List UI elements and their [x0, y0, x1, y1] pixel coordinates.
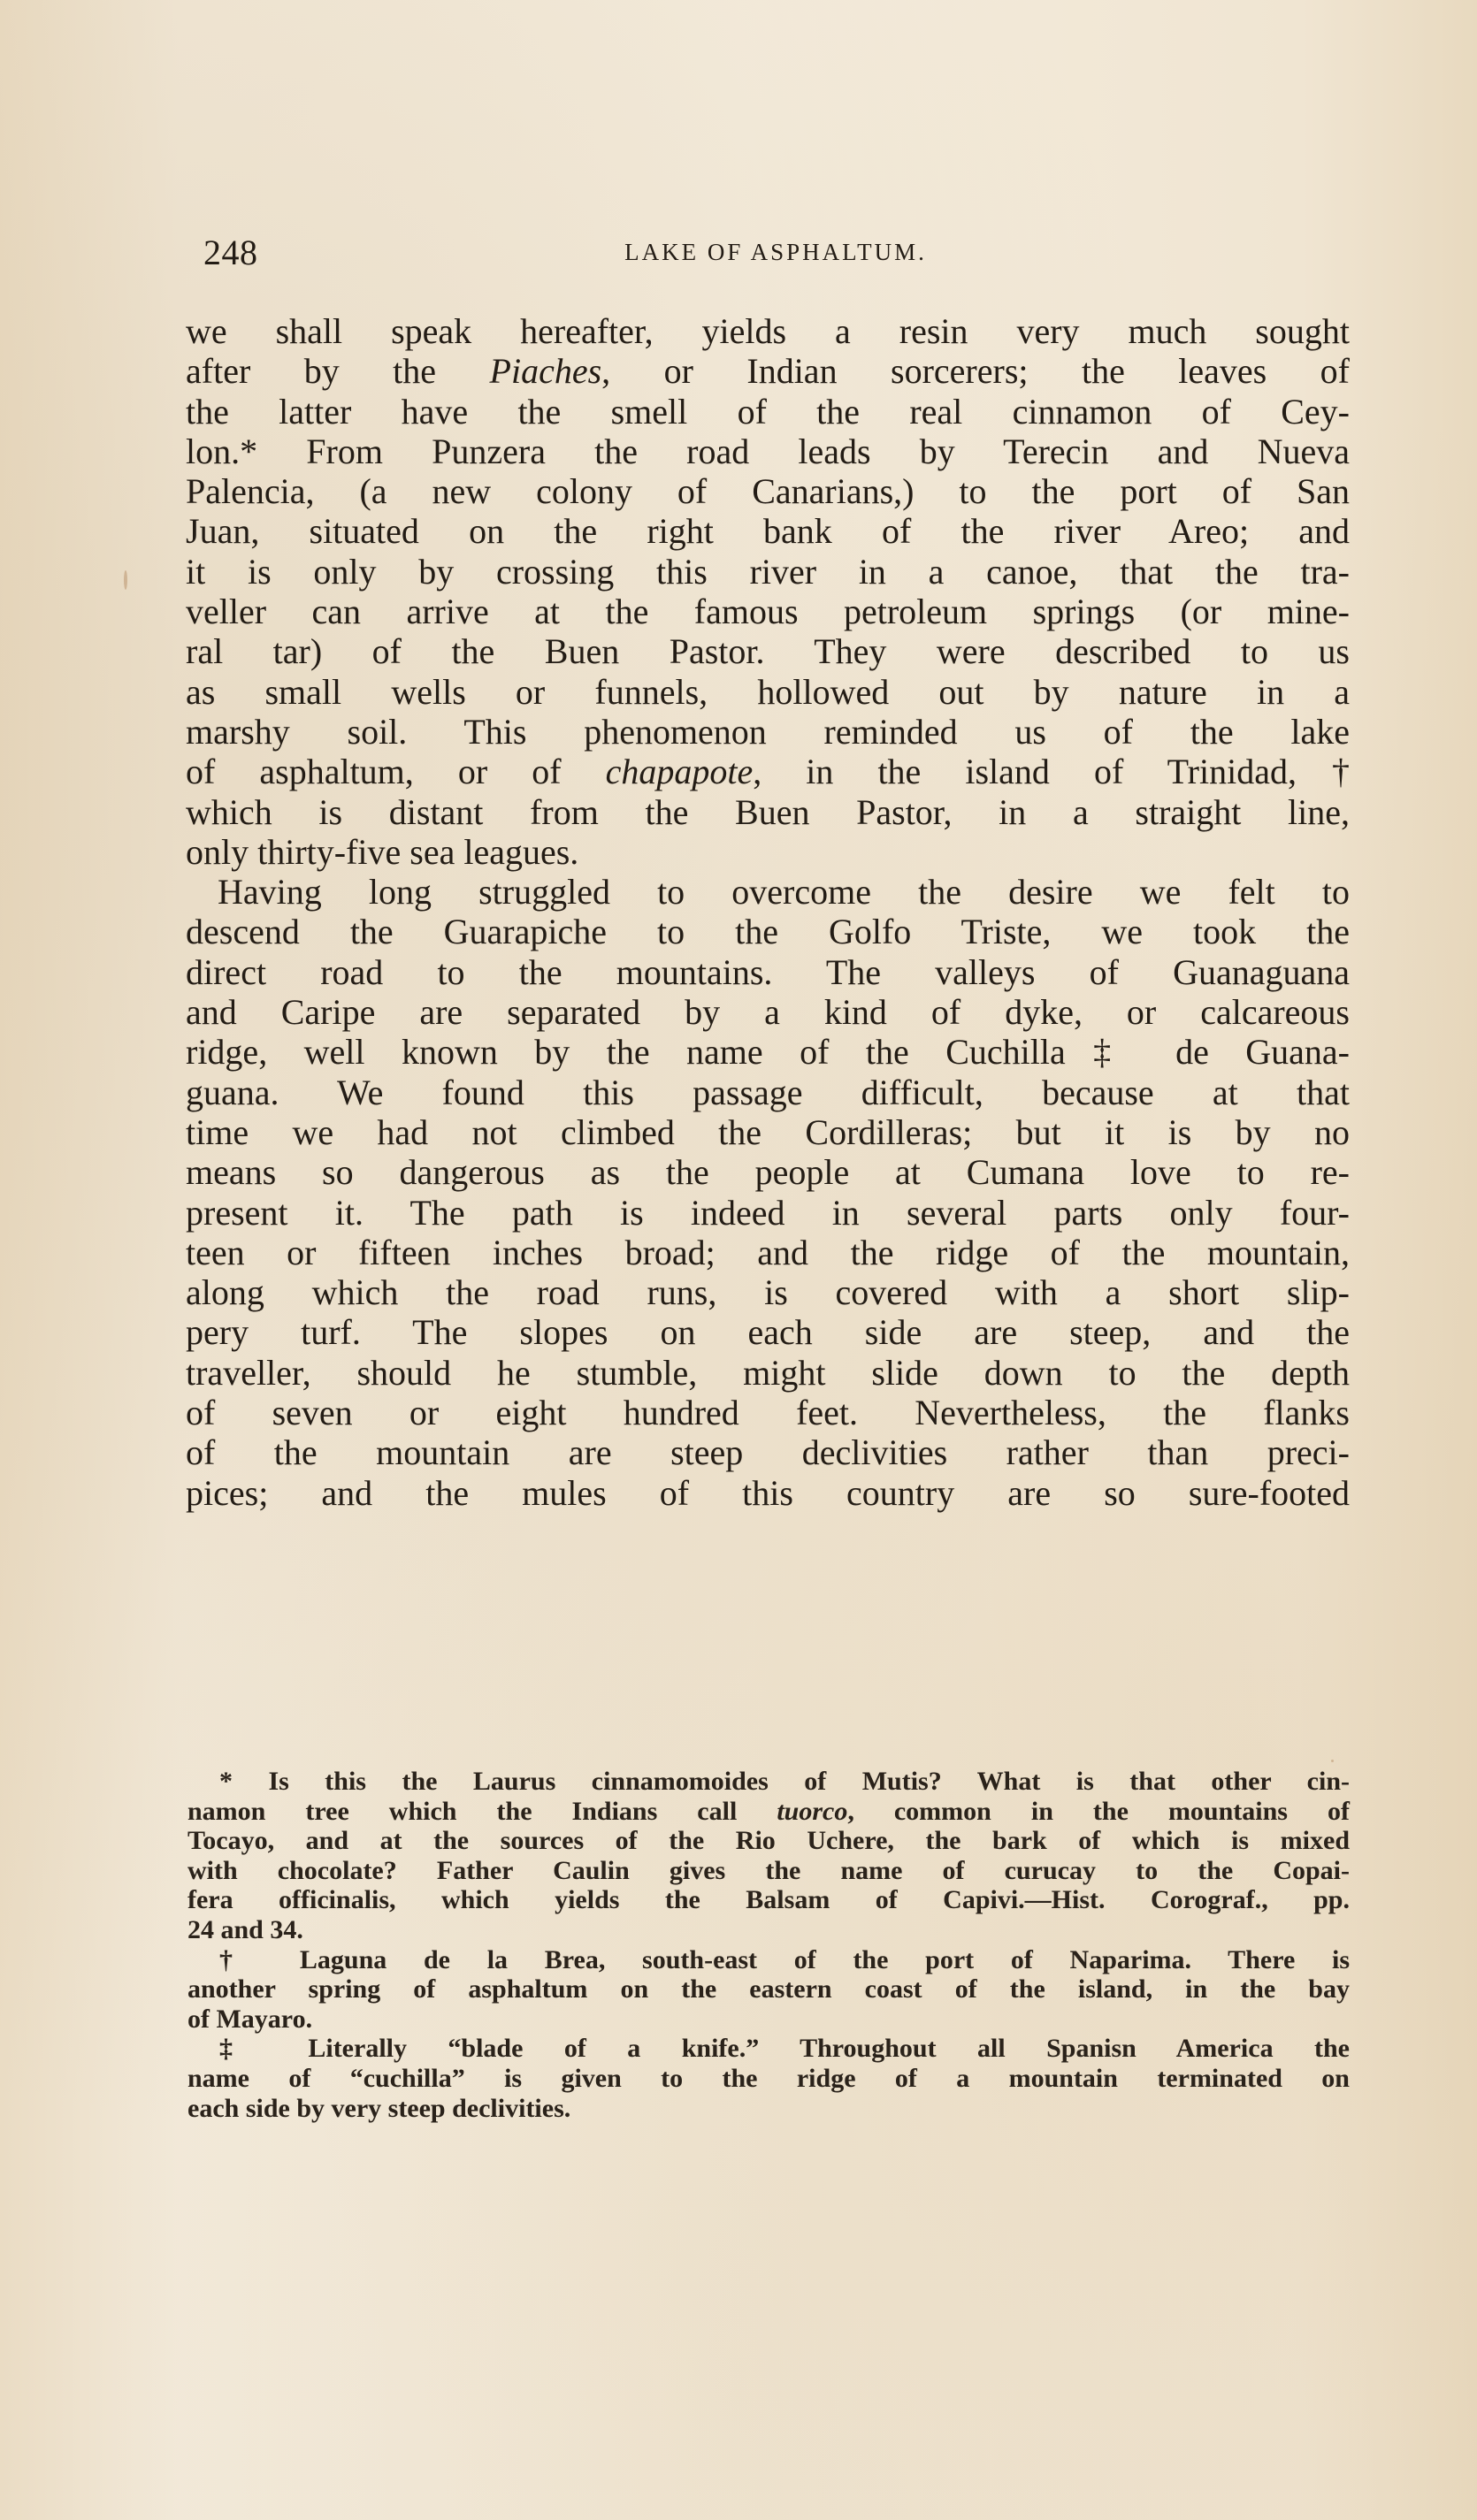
- body-line: time we had not climbed the Cordilleras;…: [186, 1112, 1350, 1152]
- body-line: marshy soil. This phenomenon reminded us…: [186, 712, 1350, 752]
- body-text: only thirty-five sea leagues.: [186, 832, 578, 872]
- body-line: pices; and the mules of this country are…: [186, 1473, 1350, 1513]
- footnote-line: with chocolate? Father Caulin gives the …: [187, 1856, 1350, 1886]
- body-text: guana. We found this passage difficult, …: [186, 1073, 1350, 1112]
- body-line: which is distant from the Buen Pastor, i…: [186, 792, 1350, 832]
- footnotes: * Is this the Laurus cinnamomoides of Mu…: [187, 1767, 1350, 2123]
- body-text: and Caripe are separated by a kind of dy…: [186, 992, 1350, 1032]
- body-line: and Caripe are separated by a kind of dy…: [186, 992, 1350, 1032]
- footnote-text: † Laguna de la Brea, south-east of the p…: [219, 1945, 1350, 1974]
- body-text: Having long struggled to overcome the de…: [218, 872, 1350, 912]
- ink-speck: [1331, 1760, 1334, 1762]
- body-line: direct road to the mountains. The valley…: [186, 952, 1350, 992]
- body-text: along which the road runs, is covered wi…: [186, 1272, 1350, 1312]
- body-text: pices; and the mules of this country are…: [186, 1473, 1350, 1513]
- body-line: the latter have the smell of the real ci…: [186, 392, 1350, 431]
- body-line: teen or fifteen inches broad; and the ri…: [186, 1233, 1350, 1272]
- footnote-text: 24 and 34.: [187, 1915, 303, 1944]
- body-text: means so dangerous as the people at Cuma…: [186, 1152, 1350, 1192]
- body-text: descend the Guarapiche to the Golfo Tris…: [186, 912, 1350, 951]
- body-line: Juan, situated on the right bank of the …: [186, 511, 1350, 551]
- body-line: ral tar) of the Buen Pastor. They were d…: [186, 631, 1350, 671]
- body-line: lon.* From Punzera the road leads by Ter…: [186, 431, 1350, 471]
- body-text: present it. The path is indeed in severa…: [186, 1193, 1350, 1233]
- body-line: Having long struggled to overcome the de…: [186, 872, 1350, 912]
- footnote-text: with chocolate? Father Caulin gives the …: [187, 1856, 1350, 1885]
- body-text: Juan, situated on the right bank of the …: [186, 511, 1350, 551]
- body-line: means so dangerous as the people at Cuma…: [186, 1152, 1350, 1192]
- body-line: pery turf. The slopes on each side are s…: [186, 1312, 1350, 1352]
- footnote-text: namon tree which the Indians call: [187, 1797, 777, 1826]
- footnote-line: Tocayo, and at the sources of the Rio Uc…: [187, 1826, 1350, 1856]
- body-text: we shall speak hereafter, yields a resin…: [186, 311, 1350, 351]
- body-text: after by the: [186, 351, 490, 391]
- footnote-line: each side by very steep declivities.: [187, 2094, 1350, 2124]
- body-line: of asphaltum, or of chapapote, in the is…: [186, 752, 1350, 791]
- body-text: pery turf. The slopes on each side are s…: [186, 1312, 1350, 1352]
- footnote-line: 24 and 34.: [187, 1915, 1350, 1945]
- body-text: Palencia, (a new colony of Canarians,) t…: [186, 471, 1350, 511]
- body-text: teen or fifteen inches broad; and the ri…: [186, 1233, 1350, 1272]
- body-text: direct road to the mountains. The valley…: [186, 952, 1350, 992]
- book-page: 248 LAKE OF ASPHALTUM. we shall speak he…: [0, 0, 1477, 2520]
- footnote-line: † Laguna de la Brea, south-east of the p…: [187, 1945, 1350, 1975]
- body-text: it is only by crossing this river in a c…: [186, 552, 1350, 592]
- body-line: we shall speak hereafter, yields a resin…: [186, 311, 1350, 351]
- body-text: , in the island of Trinidad,†: [753, 752, 1350, 791]
- body-text: ridge, well known by the name of the Cuc…: [186, 1032, 1350, 1072]
- footnote-line: fera officinalis, which yields the Balsa…: [187, 1885, 1350, 1915]
- footnote-text: , common in the mountains of: [847, 1797, 1350, 1826]
- body-text: veller can arrive at the famous petroleu…: [186, 592, 1350, 631]
- footnote-line: namon tree which the Indians call tuorco…: [187, 1797, 1350, 1827]
- body-text: of seven or eight hundred feet. Neverthe…: [186, 1393, 1350, 1432]
- body-line: traveller, should he stumble, might slid…: [186, 1353, 1350, 1393]
- body-italic-term: chapapote: [606, 752, 754, 791]
- body-text: the latter have the smell of the real ci…: [186, 392, 1350, 431]
- body-text: lon.* From Punzera the road leads by Ter…: [186, 431, 1350, 471]
- body-line: guana. We found this passage difficult, …: [186, 1073, 1350, 1112]
- running-head: 248 LAKE OF ASPHALTUM.: [200, 232, 1351, 276]
- body-text: which is distant from the Buen Pastor, i…: [186, 792, 1350, 832]
- footnote-text: of Mayaro.: [187, 2005, 312, 2034]
- footnote-text: name of “cuchilla” is given to the ridge…: [187, 2064, 1350, 2093]
- footnote-text: ‡ Literally “blade of a knife.” Througho…: [219, 2034, 1350, 2063]
- body-line: after by the Piaches, or Indian sorcerer…: [186, 351, 1350, 391]
- body-text: ral tar) of the Buen Pastor. They were d…: [186, 631, 1350, 671]
- body-text: , or Indian sorcerers; the leaves of: [601, 351, 1350, 391]
- footnote-text: * Is this the Laurus cinnamomoides of Mu…: [219, 1767, 1350, 1796]
- body-text: marshy soil. This phenomenon reminded us…: [186, 712, 1350, 752]
- footnote-text: each side by very steep declivities.: [187, 2094, 570, 2123]
- body-line: descend the Guarapiche to the Golfo Tris…: [186, 912, 1350, 951]
- body-text: we shall speak hereafter, yields a resin…: [186, 311, 1350, 1513]
- footnote-text: Tocayo, and at the sources of the Rio Uc…: [187, 1826, 1350, 1855]
- footnote-line: * Is this the Laurus cinnamomoides of Mu…: [187, 1767, 1350, 1797]
- body-line: of the mountain are steep declivities ra…: [186, 1432, 1350, 1472]
- footnote-text: another spring of asphaltum on the easte…: [187, 1974, 1350, 2004]
- footnote-line: ‡ Literally “blade of a knife.” Througho…: [187, 2034, 1350, 2064]
- body-line: present it. The path is indeed in severa…: [186, 1193, 1350, 1233]
- body-text: traveller, should he stumble, might slid…: [186, 1353, 1350, 1393]
- body-line: ridge, well known by the name of the Cuc…: [186, 1032, 1350, 1072]
- footnote-line: name of “cuchilla” is given to the ridge…: [187, 2064, 1350, 2094]
- body-line: only thirty-five sea leagues.: [186, 832, 1350, 872]
- footnote-line: of Mayaro.: [187, 2005, 1350, 2035]
- body-line: along which the road runs, is covered wi…: [186, 1272, 1350, 1312]
- running-title: LAKE OF ASPHALTUM.: [200, 239, 1351, 266]
- ink-speck: [124, 570, 127, 590]
- body-italic-term: Piaches: [490, 351, 602, 391]
- body-line: Palencia, (a new colony of Canarians,) t…: [186, 471, 1350, 511]
- footnote-line: another spring of asphaltum on the easte…: [187, 1974, 1350, 2005]
- body-line: as small wells or funnels, hollowed out …: [186, 672, 1350, 712]
- body-text: of asphaltum, or of: [186, 752, 606, 791]
- body-text: time we had not climbed the Cordilleras;…: [186, 1112, 1350, 1152]
- body-line: veller can arrive at the famous petroleu…: [186, 592, 1350, 631]
- body-text: as small wells or funnels, hollowed out …: [186, 672, 1350, 712]
- body-text: of the mountain are steep declivities ra…: [186, 1432, 1350, 1472]
- footnote-text: fera officinalis, which yields the Balsa…: [187, 1885, 1350, 1914]
- body-line: it is only by crossing this river in a c…: [186, 552, 1350, 592]
- footnote-italic-term: tuorco: [777, 1797, 847, 1826]
- body-line: of seven or eight hundred feet. Neverthe…: [186, 1393, 1350, 1432]
